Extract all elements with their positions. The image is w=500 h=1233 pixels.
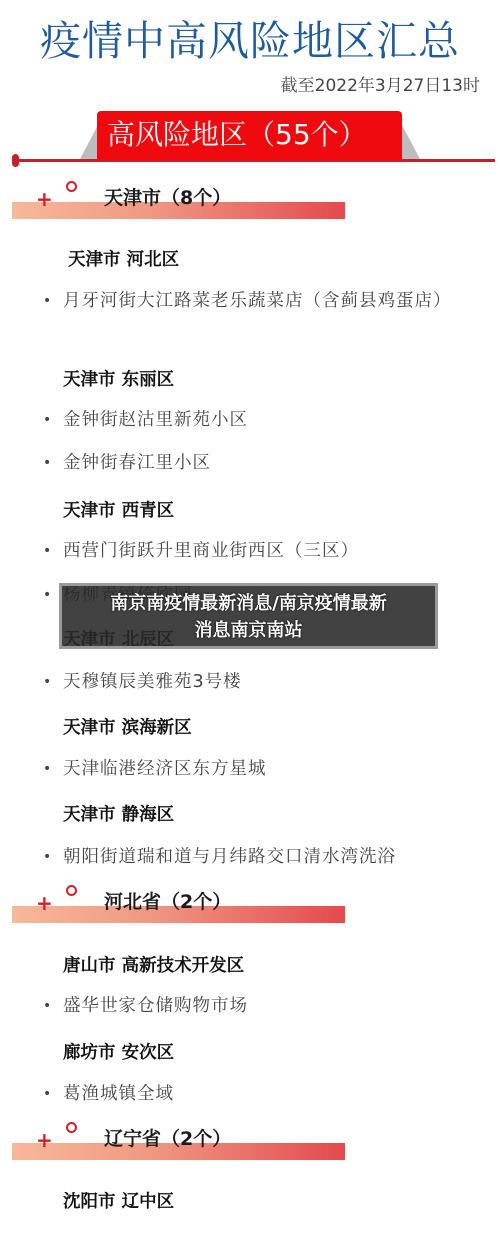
bullet-icon: •	[43, 580, 52, 610]
bullet-icon: •	[43, 754, 52, 784]
province-header-hebei: + 河北省（2个）	[12, 883, 345, 923]
bullet-icon: •	[43, 667, 52, 697]
overlay-line-2: 消息南京南站	[62, 617, 435, 644]
circle-icon	[66, 885, 77, 896]
article-title-overlay: 南京南疫情最新消息/南京疫情最新 消息南京南站	[59, 583, 438, 649]
district-heading: 唐山市 高新技术开发区	[63, 952, 244, 977]
district-heading: 天津市 滨海新区	[63, 714, 192, 739]
overlay-line-1: 南京南疫情最新消息/南京疫情最新	[62, 590, 435, 617]
province-name: 河北省（2个）	[104, 887, 231, 914]
bullet-icon: •	[43, 536, 52, 566]
as-of-timestamp: 截至2022年3月27日13时	[281, 71, 480, 96]
list-item: • 天津临港经济区东方星城	[38, 754, 488, 784]
district-heading: 天津市 西青区	[63, 497, 174, 522]
list-item: • 天穆镇辰美雅苑3号楼	[38, 667, 488, 697]
list-item: • 葛渔城镇全域	[38, 1079, 488, 1109]
location-text: 天穆镇辰美雅苑3号楼	[38, 667, 488, 697]
location-text: 金钟街春江里小区	[38, 448, 488, 478]
list-item: • 金钟街春江里小区	[38, 448, 488, 478]
banner-wing-left	[80, 125, 98, 159]
location-text: 天津临港经济区东方星城	[38, 754, 488, 784]
banner-wing-right	[402, 125, 420, 159]
plus-icon: +	[36, 1130, 53, 1150]
plus-icon: +	[36, 189, 53, 209]
location-text: 盛华世家仓储购物市场	[38, 991, 488, 1021]
province-name: 天津市（8个）	[104, 183, 231, 210]
list-item: • 西营门街跃升里商业街西区（三区）	[38, 536, 488, 566]
circle-icon	[66, 1122, 77, 1133]
district-heading: 天津市 静海区	[63, 801, 174, 826]
bullet-icon: •	[43, 448, 52, 478]
bullet-icon: •	[43, 991, 52, 1021]
list-item: • 朝阳街道瑞和道与月纬路交口清水湾洗浴	[38, 842, 488, 872]
location-text: 金钟街赵沽里新苑小区	[38, 405, 488, 435]
bullet-icon: •	[43, 286, 52, 316]
plus-icon: +	[36, 893, 53, 913]
location-text: 朝阳街道瑞和道与月纬路交口清水湾洗浴	[38, 842, 488, 872]
high-risk-banner: 高风险地区（55个）	[97, 111, 402, 160]
location-text: 月牙河街大江路菜老乐蔬菜店（含蓟县鸡蛋店）	[38, 286, 488, 316]
province-header-tianjin: + 天津市（8个）	[12, 179, 345, 219]
bullet-icon: •	[43, 842, 52, 872]
page-title: 疫情中高风险地区汇总	[0, 8, 500, 67]
list-item: • 月牙河街大江路菜老乐蔬菜店（含蓟县鸡蛋店）	[38, 286, 488, 316]
list-item: • 金钟街赵沽里新苑小区	[38, 405, 488, 435]
district-heading: 天津市 河北区	[68, 246, 179, 271]
list-item: • 盛华世家仓储购物市场	[38, 991, 488, 1021]
location-text: 西营门街跃升里商业街西区（三区）	[38, 536, 488, 566]
bullet-icon: •	[43, 405, 52, 435]
district-heading: 天津市 东丽区	[63, 366, 174, 391]
banner-dot	[12, 154, 19, 167]
district-heading: 沈阳市 辽中区	[63, 1188, 174, 1213]
location-text: 葛渔城镇全域	[38, 1079, 488, 1109]
bullet-icon: •	[43, 1079, 52, 1109]
district-heading: 廊坊市 安次区	[63, 1039, 174, 1064]
province-header-liaoning: + 辽宁省（2个）	[12, 1120, 345, 1160]
circle-icon	[66, 181, 77, 192]
province-name: 辽宁省（2个）	[104, 1124, 231, 1151]
